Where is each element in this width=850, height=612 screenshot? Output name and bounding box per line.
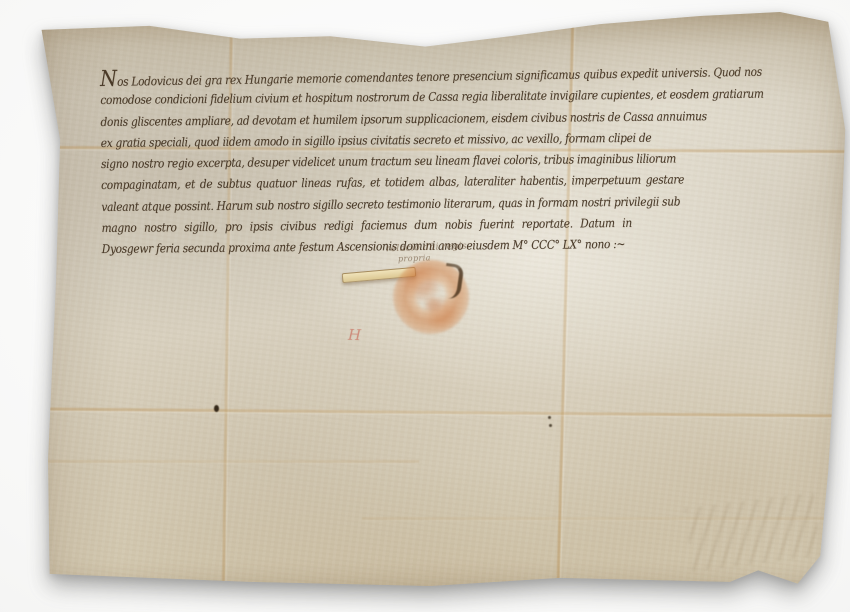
fold-crease-faint-left [48, 460, 419, 463]
fold-hole [214, 405, 219, 412]
red-ink-mark: H [348, 326, 362, 344]
parchment-sheet: Nos Lodovicus dei gra rex Hungarie memor… [40, 12, 846, 590]
parchment-shadow-wrap: Nos Lodovicus dei gra rex Hungarie memor… [0, 0, 850, 612]
fold-line-horizontal-lower [40, 407, 846, 417]
wrinkle-shading [685, 492, 822, 571]
fold-crease-faint-right [362, 517, 829, 520]
fold-speck [549, 424, 552, 427]
fold-speck [548, 416, 551, 419]
charter-text-block: Nos Lodovicus dei gra rex Hungarie memor… [100, 63, 683, 260]
photo-background: Nos Lodovicus dei gra rex Hungarie memor… [0, 0, 850, 612]
